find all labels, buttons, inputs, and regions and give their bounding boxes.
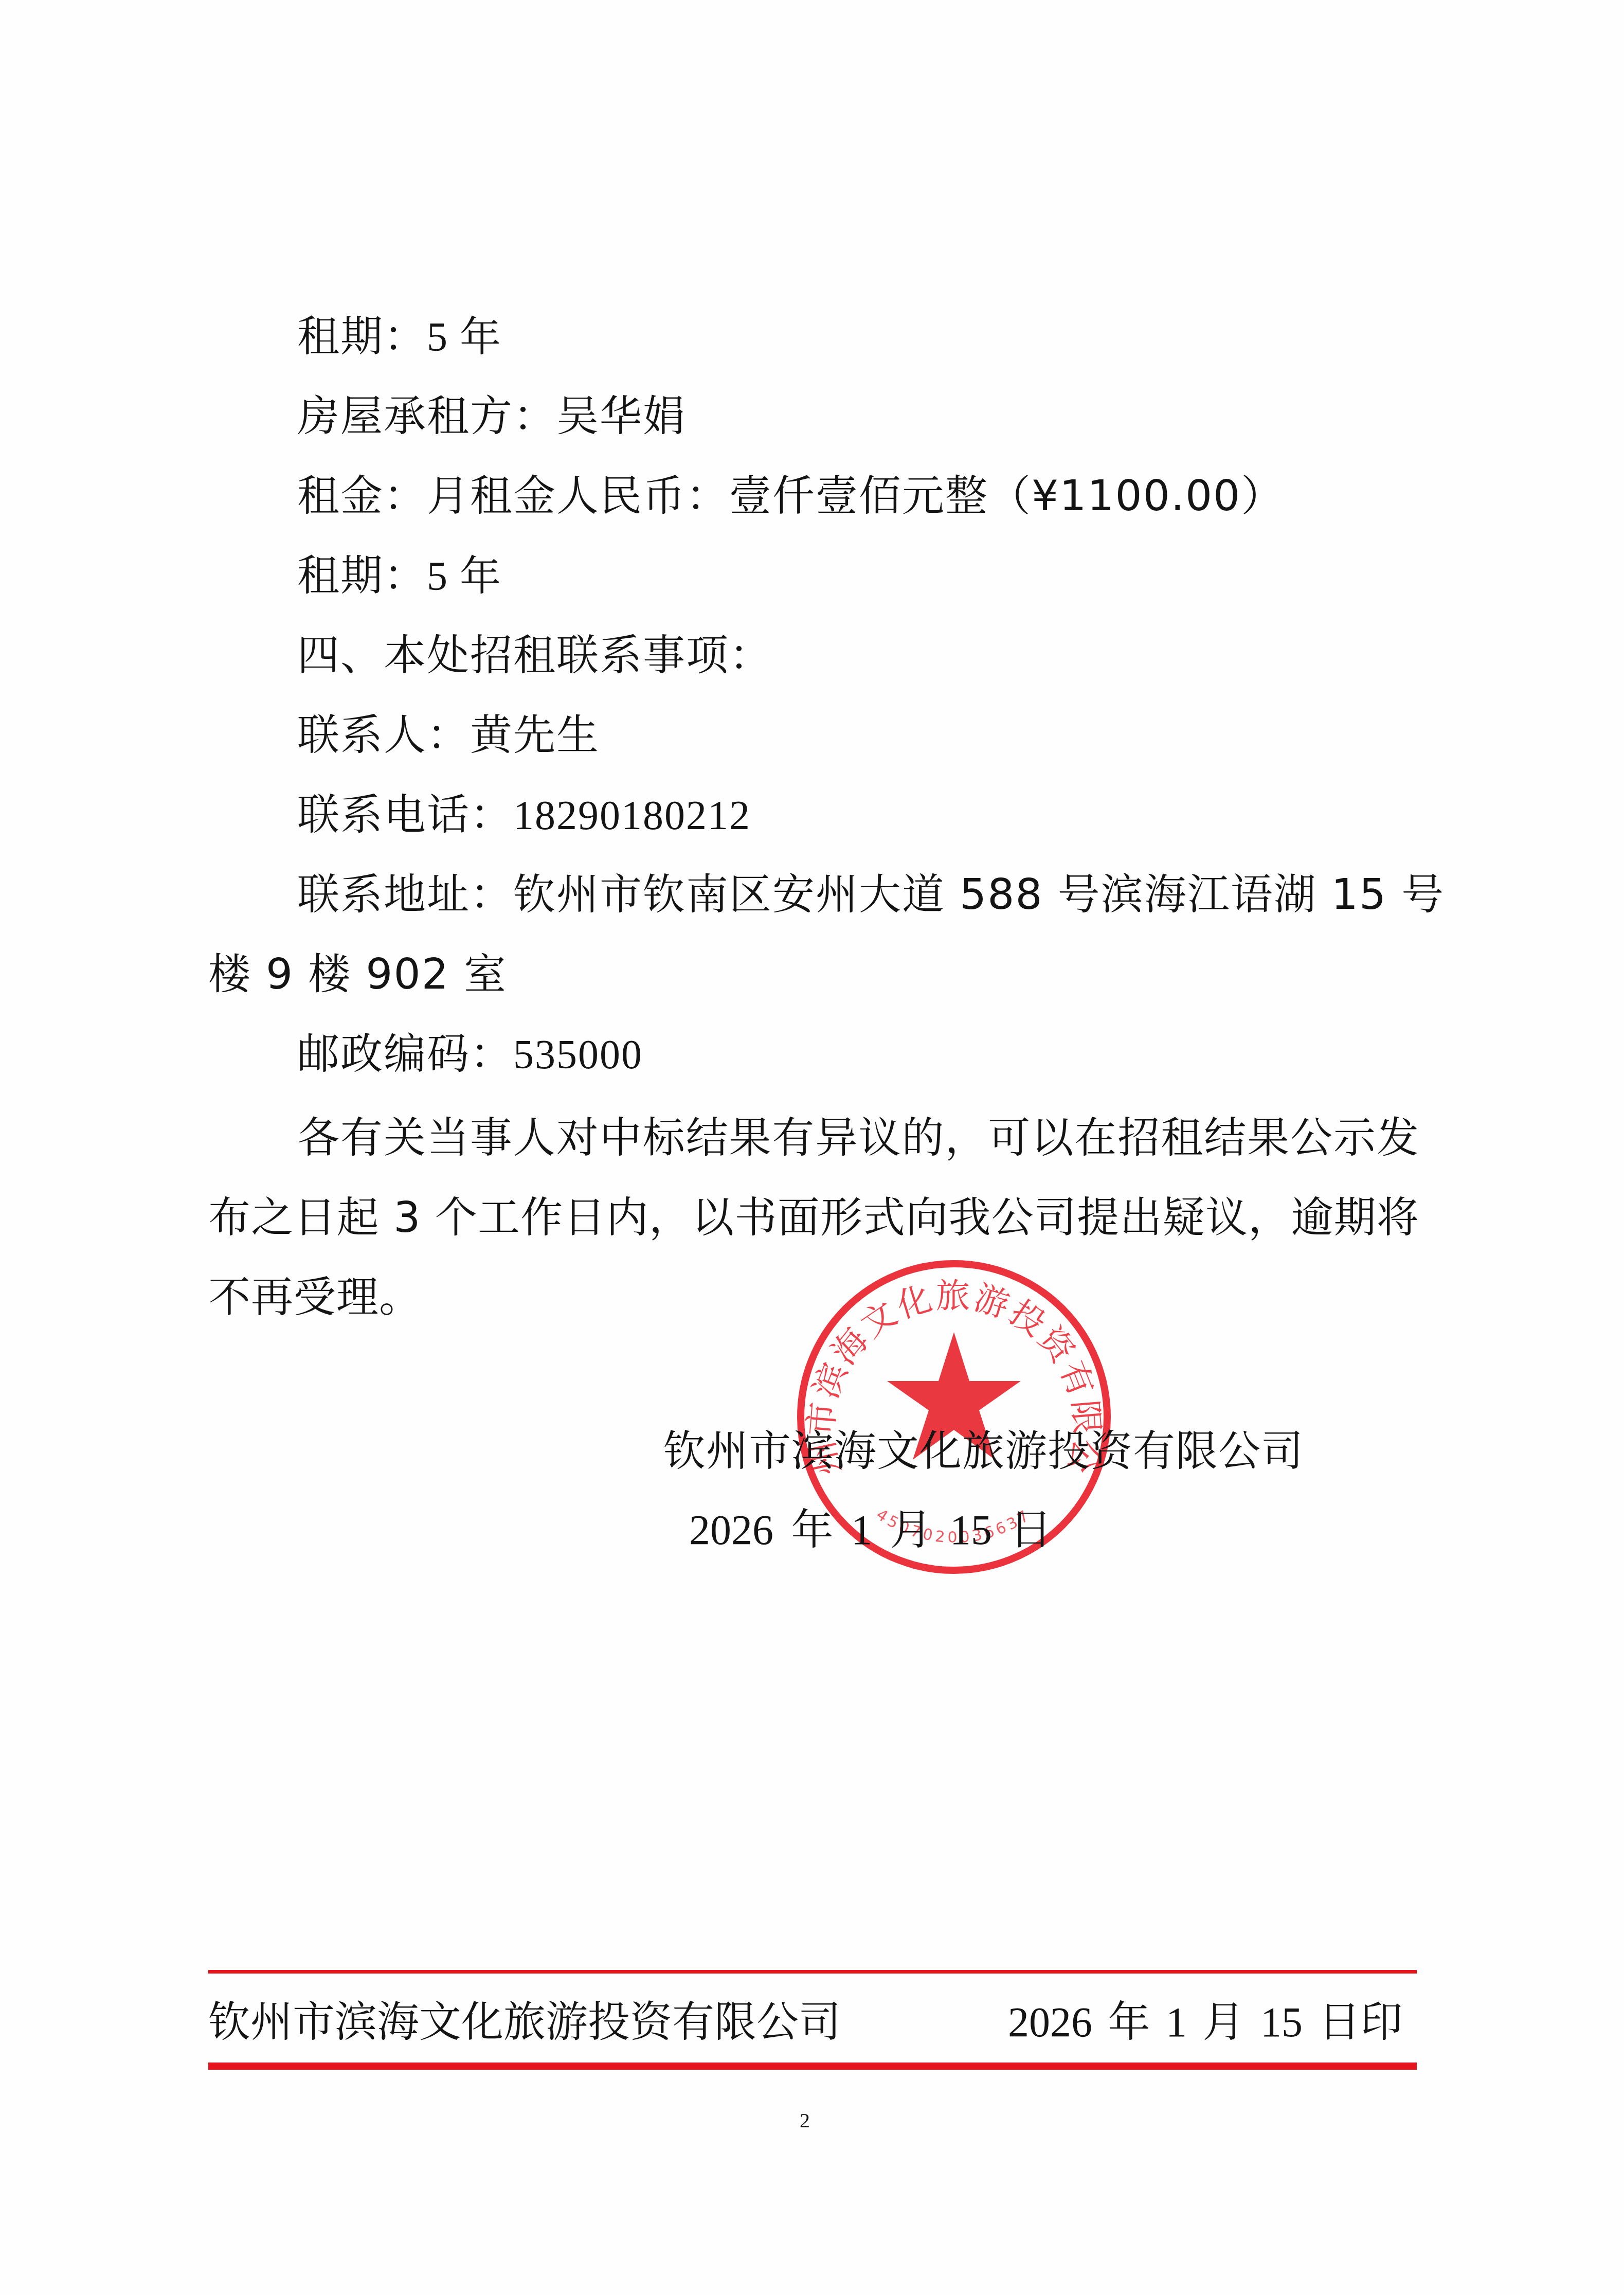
contact-address-value: 钦州市钦南区安州大道 588 号滨海江语湖 15 号	[513, 870, 1445, 919]
lease-term-label: 租期：	[297, 551, 427, 600]
contact-address-continuation: 楼 9 楼 902 室	[208, 949, 507, 1000]
contact-address-line: 联系地址：钦州市钦南区安州大道 588 号滨海江语湖 15 号	[297, 869, 1445, 921]
contact-person-value: 黄先生	[470, 711, 600, 760]
contact-phone-line: 联系电话：18290180212	[297, 790, 751, 841]
document-page: 租期：5 年 房屋承租方：吴华娟 租金：月租金人民币：壹仟壹佰元整（¥1100.…	[0, 0, 1624, 2295]
tenant-line: 房屋承租方：吴华娟	[297, 391, 686, 442]
contact-address-label: 联系地址：	[297, 870, 513, 919]
contact-person-label: 联系人：	[297, 711, 470, 760]
tenant-value: 吴华娟	[556, 392, 686, 441]
lease-term-value: 5 年	[427, 315, 502, 360]
footer-divider-top	[208, 1970, 1417, 1974]
lease-term-line-2: 租期：5 年	[297, 550, 502, 602]
section-heading-contact: 四、本处招租联系事项：	[297, 630, 772, 682]
lease-term-line: 租期：5 年	[297, 311, 502, 363]
contact-phone-value: 18290180212	[513, 793, 751, 838]
rent-line: 租金：月租金人民币：壹仟壹佰元整（¥1100.00）	[297, 471, 1284, 522]
rent-value: 月租金人民币：壹仟壹佰元整（¥1100.00）	[427, 472, 1284, 521]
page-number: 2	[800, 2108, 810, 2133]
contact-person-line: 联系人：黄先生	[297, 710, 600, 761]
lease-term-label: 租期：	[297, 312, 427, 361]
signature-company: 钦州市滨海文化旅游投资有限公司	[663, 1426, 1304, 1477]
footer-company: 钦州市滨海文化旅游投资有限公司	[208, 1997, 841, 2048]
tenant-label: 房屋承租方：	[297, 392, 556, 441]
postcode-value: 535000	[513, 1032, 643, 1078]
postcode-line: 邮政编码：535000	[297, 1029, 643, 1081]
contact-phone-label: 联系电话：	[297, 791, 513, 839]
rent-label: 租金：	[297, 472, 427, 521]
signature-date: 2026 年 1 月 15 日	[689, 1504, 1052, 1556]
lease-term-value: 5 年	[427, 554, 502, 599]
postcode-label: 邮政编码：	[297, 1030, 513, 1079]
footer-print-date: 2026 年 1 月 15 日印	[1008, 1997, 1403, 2048]
footer-divider-bottom	[208, 2063, 1417, 2070]
